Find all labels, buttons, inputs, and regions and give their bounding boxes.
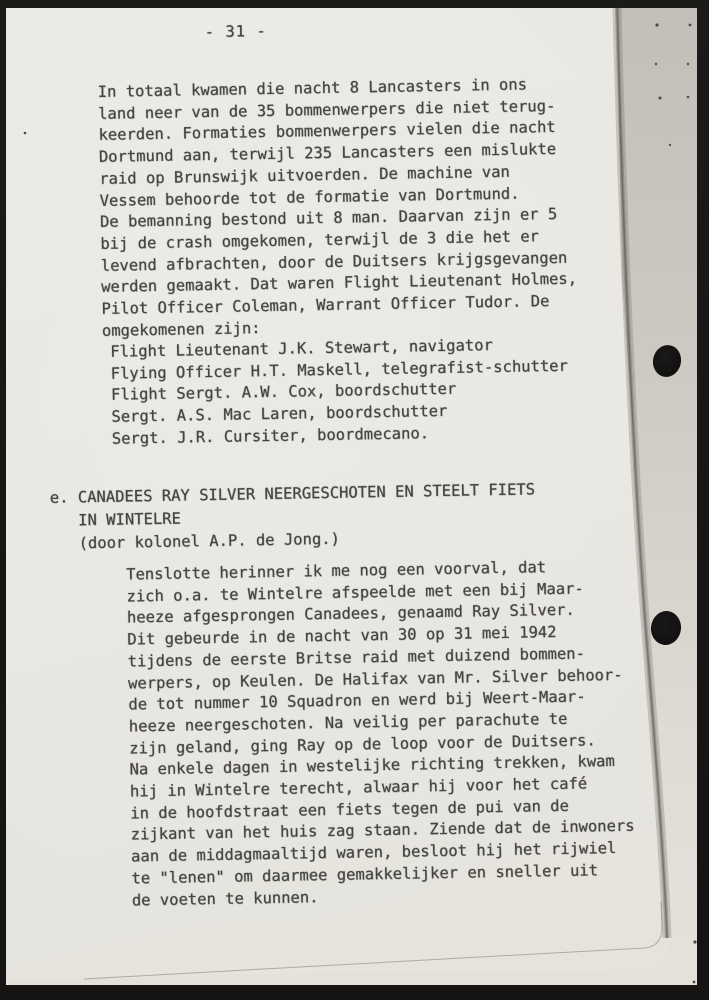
paragraph-ray-silver: Tenslotte herinner ik me nog een voorval… bbox=[126, 556, 636, 912]
typewritten-text-layer: - 31 - In totaal kwamen die nacht 8 Lanc… bbox=[0, 0, 705, 987]
scanned-document: - 31 - In totaal kwamen die nacht 8 Lanc… bbox=[0, 0, 709, 1000]
page-number: - 31 - bbox=[205, 21, 267, 44]
document-page: - 31 - In totaal kwamen die nacht 8 Lanc… bbox=[6, 8, 697, 985]
section-heading: e. CANADEES RAY SILVER NEERGESCHOTEN EN … bbox=[50, 478, 536, 555]
crew-casualty-list: Flight Lieutenant J.K. Stewart, navigato… bbox=[110, 334, 569, 450]
paragraph-lancasters: In totaal kwamen die nacht 8 Lancasters … bbox=[98, 74, 578, 343]
